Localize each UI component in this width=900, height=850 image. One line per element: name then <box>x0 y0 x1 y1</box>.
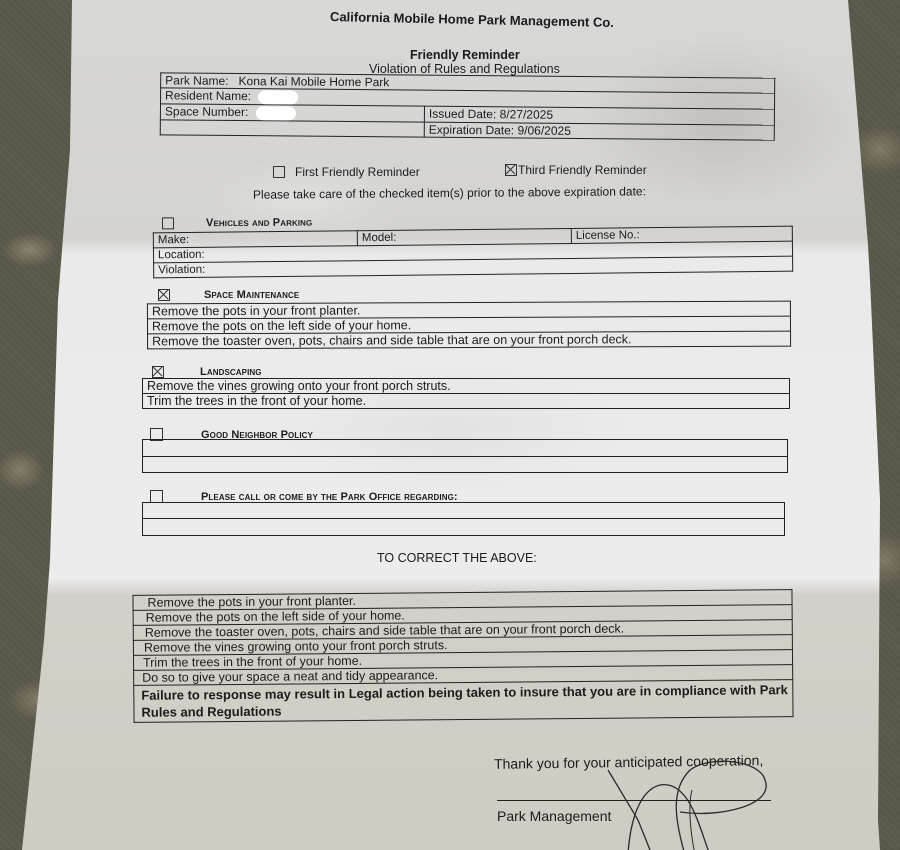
first-reminder-option[interactable]: First Friendly Reminder <box>273 165 420 179</box>
space-number-label: Space Number: <box>165 104 248 119</box>
company-name: California Mobile Home Park Management C… <box>330 9 614 30</box>
park-office-line-1[interactable] <box>143 503 785 519</box>
space-maintenance-title: Space Maintenance <box>204 289 299 301</box>
list-item: Remove the vines growing onto your front… <box>143 379 790 394</box>
park-office-table <box>142 502 785 536</box>
vehicles-checkbox[interactable] <box>162 217 174 229</box>
warning-row: Failure to response may result in Legal … <box>134 680 793 723</box>
document-title: Friendly Reminder <box>410 48 520 62</box>
park-name-label: Park Name: <box>165 73 228 88</box>
redacted-resident-name <box>258 90 298 104</box>
third-reminder-checkbox[interactable] <box>505 164 517 176</box>
correct-section-title: TO CORRECT THE ABOVE: <box>377 551 537 565</box>
expiration-date-label: Expiration Date: <box>429 122 515 137</box>
correction-table: Remove the pots in your front planter. R… <box>132 589 793 723</box>
issued-date-value: 8/27/2025 <box>500 108 554 122</box>
space-maintenance-table: Remove the pots in your front planter. R… <box>147 301 791 350</box>
handwritten-signature <box>560 760 800 850</box>
list-item: Trim the trees in the front of your home… <box>143 394 790 409</box>
good-neighbor-line-1[interactable] <box>143 440 788 457</box>
expiration-date-value: 9/06/2025 <box>517 123 571 137</box>
space-maintenance-header: Space Maintenance <box>158 289 299 301</box>
good-neighbor-table <box>142 439 788 473</box>
landscaping-checkbox[interactable] <box>152 366 164 378</box>
instruction-text: Please take care of the checked item(s) … <box>253 184 646 201</box>
first-reminder-label: First Friendly Reminder <box>295 165 420 179</box>
third-reminder-option[interactable]: Third Friendly Reminder <box>505 163 647 177</box>
park-office-line-2[interactable] <box>143 519 785 536</box>
document: California Mobile Home Park Management C… <box>0 0 900 850</box>
third-reminder-label: Third Friendly Reminder <box>518 163 647 177</box>
landscaping-title: Landscaping <box>200 366 262 378</box>
issued-date-label: Issued Date: <box>429 107 496 122</box>
landscaping-table: Remove the vines growing onto your front… <box>142 378 790 409</box>
resident-name-label: Resident Name: <box>165 88 251 103</box>
list-item: Remove the toaster oven, pots, chairs an… <box>148 331 791 349</box>
vehicles-section-header: Vehicles and Parking <box>162 217 312 230</box>
resident-info-table: Park Name: Kona Kai Mobile Home Park Res… <box>160 72 776 140</box>
vehicles-table: Make: Model: License No.: Location: Viol… <box>153 226 793 279</box>
park-office-title: Please call or come by the Park Office r… <box>201 491 458 503</box>
redacted-space-number <box>256 106 296 120</box>
vehicles-title: Vehicles and Parking <box>206 217 312 230</box>
space-maintenance-checkbox[interactable] <box>158 289 170 301</box>
good-neighbor-line-2[interactable] <box>143 457 788 473</box>
landscaping-header: Landscaping <box>152 366 262 378</box>
park-name-value: Kona Kai Mobile Home Park <box>239 74 390 89</box>
first-reminder-checkbox[interactable] <box>273 166 285 178</box>
legal-warning: Failure to response may result in Legal … <box>134 680 793 723</box>
